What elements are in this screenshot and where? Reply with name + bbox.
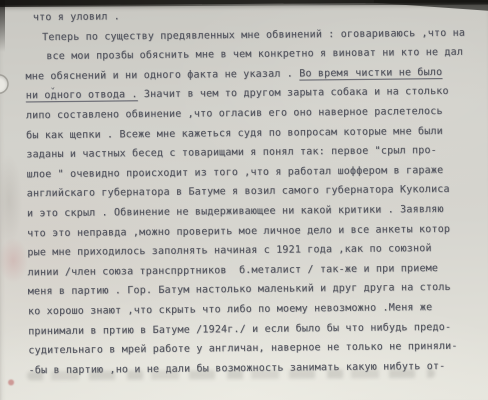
paper-sheet: что я уловил .Теперь по существу предявл… [0, 2, 488, 400]
underlined-phrase: Во время чистки не было [299, 67, 442, 79]
typewritten-text: что я уловил .Теперь по существу предявл… [25, 3, 488, 380]
punch-hole [0, 75, 7, 92]
red-ink-dot [8, 379, 14, 385]
pencil-check-mark: ˇ [50, 89, 58, 98]
paper-smudge [0, 155, 22, 245]
scanned-document: что я уловил .Теперь по существу предявл… [0, 0, 488, 400]
bleed-through-text [27, 369, 435, 380]
pink-stain [0, 237, 28, 283]
left-edge-shadow [0, 0, 5, 52]
underlined-phrase: ни одного отвода . [26, 90, 138, 102]
